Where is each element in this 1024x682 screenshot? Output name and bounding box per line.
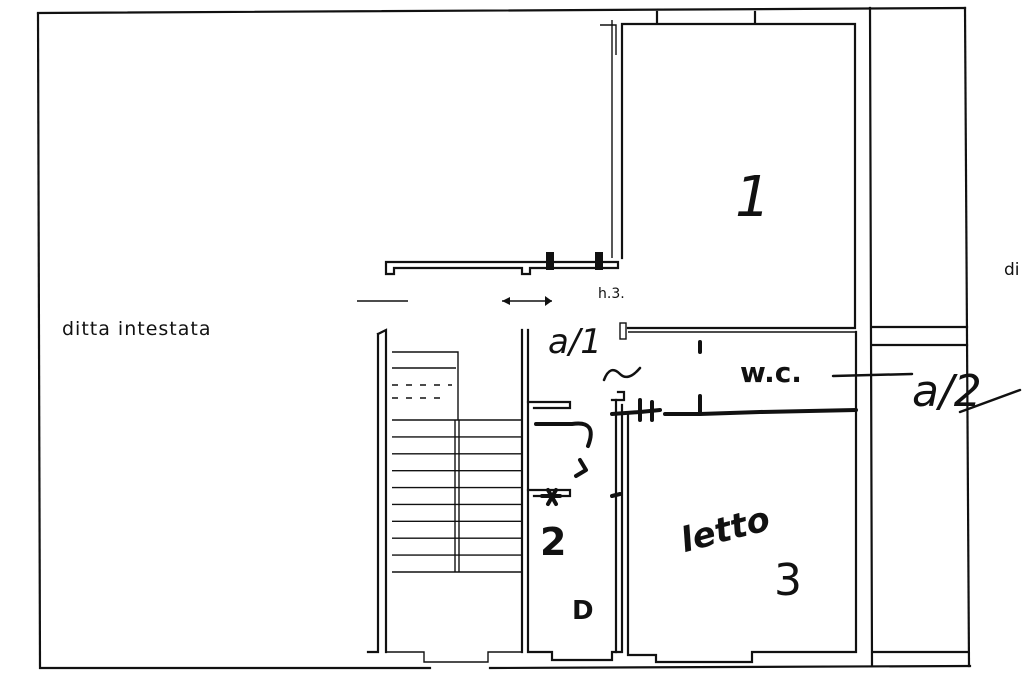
room1-door-stub — [620, 323, 626, 339]
annotation-left: a/1 — [548, 322, 602, 362]
annotation-right: a/2 — [912, 366, 982, 417]
outer-wall-bottom — [42, 666, 970, 668]
room-2-label: 2 — [540, 520, 566, 564]
ink-wc-leader — [833, 374, 912, 376]
height-note: h.3. — [598, 286, 625, 302]
ink-room2-marks — [536, 423, 620, 504]
outer-wall-top — [38, 8, 965, 13]
stair-wall-left — [368, 330, 386, 652]
floor-plan-drawing — [0, 0, 1024, 682]
room-1-label: 1 — [735, 165, 771, 230]
ink-mark-1 — [546, 252, 554, 270]
right-strip — [870, 8, 967, 666]
ink-tilde — [604, 368, 640, 380]
wc-stub — [612, 392, 624, 400]
top-wall-inner — [600, 20, 616, 258]
right-area-label: di — [1004, 260, 1020, 280]
ink-wc-cross — [640, 396, 700, 420]
door-mark: D — [572, 596, 594, 626]
wc-label: w.c. — [740, 356, 802, 389]
ink-wc-line — [612, 410, 856, 414]
corridor-stubs — [528, 402, 570, 496]
room-3-label: 3 — [774, 555, 802, 606]
stair-handrail — [455, 420, 459, 572]
stair-treads — [392, 420, 522, 572]
left-area-label: ditta intestata — [62, 318, 211, 340]
outer-wall-right — [965, 8, 969, 666]
wc-wall-left — [616, 400, 622, 652]
outer-wall-left — [38, 14, 40, 668]
ink-mark-2 — [595, 252, 603, 270]
stair-bottom — [386, 652, 522, 662]
partition-wall — [386, 262, 618, 274]
stair-landing — [392, 352, 458, 420]
